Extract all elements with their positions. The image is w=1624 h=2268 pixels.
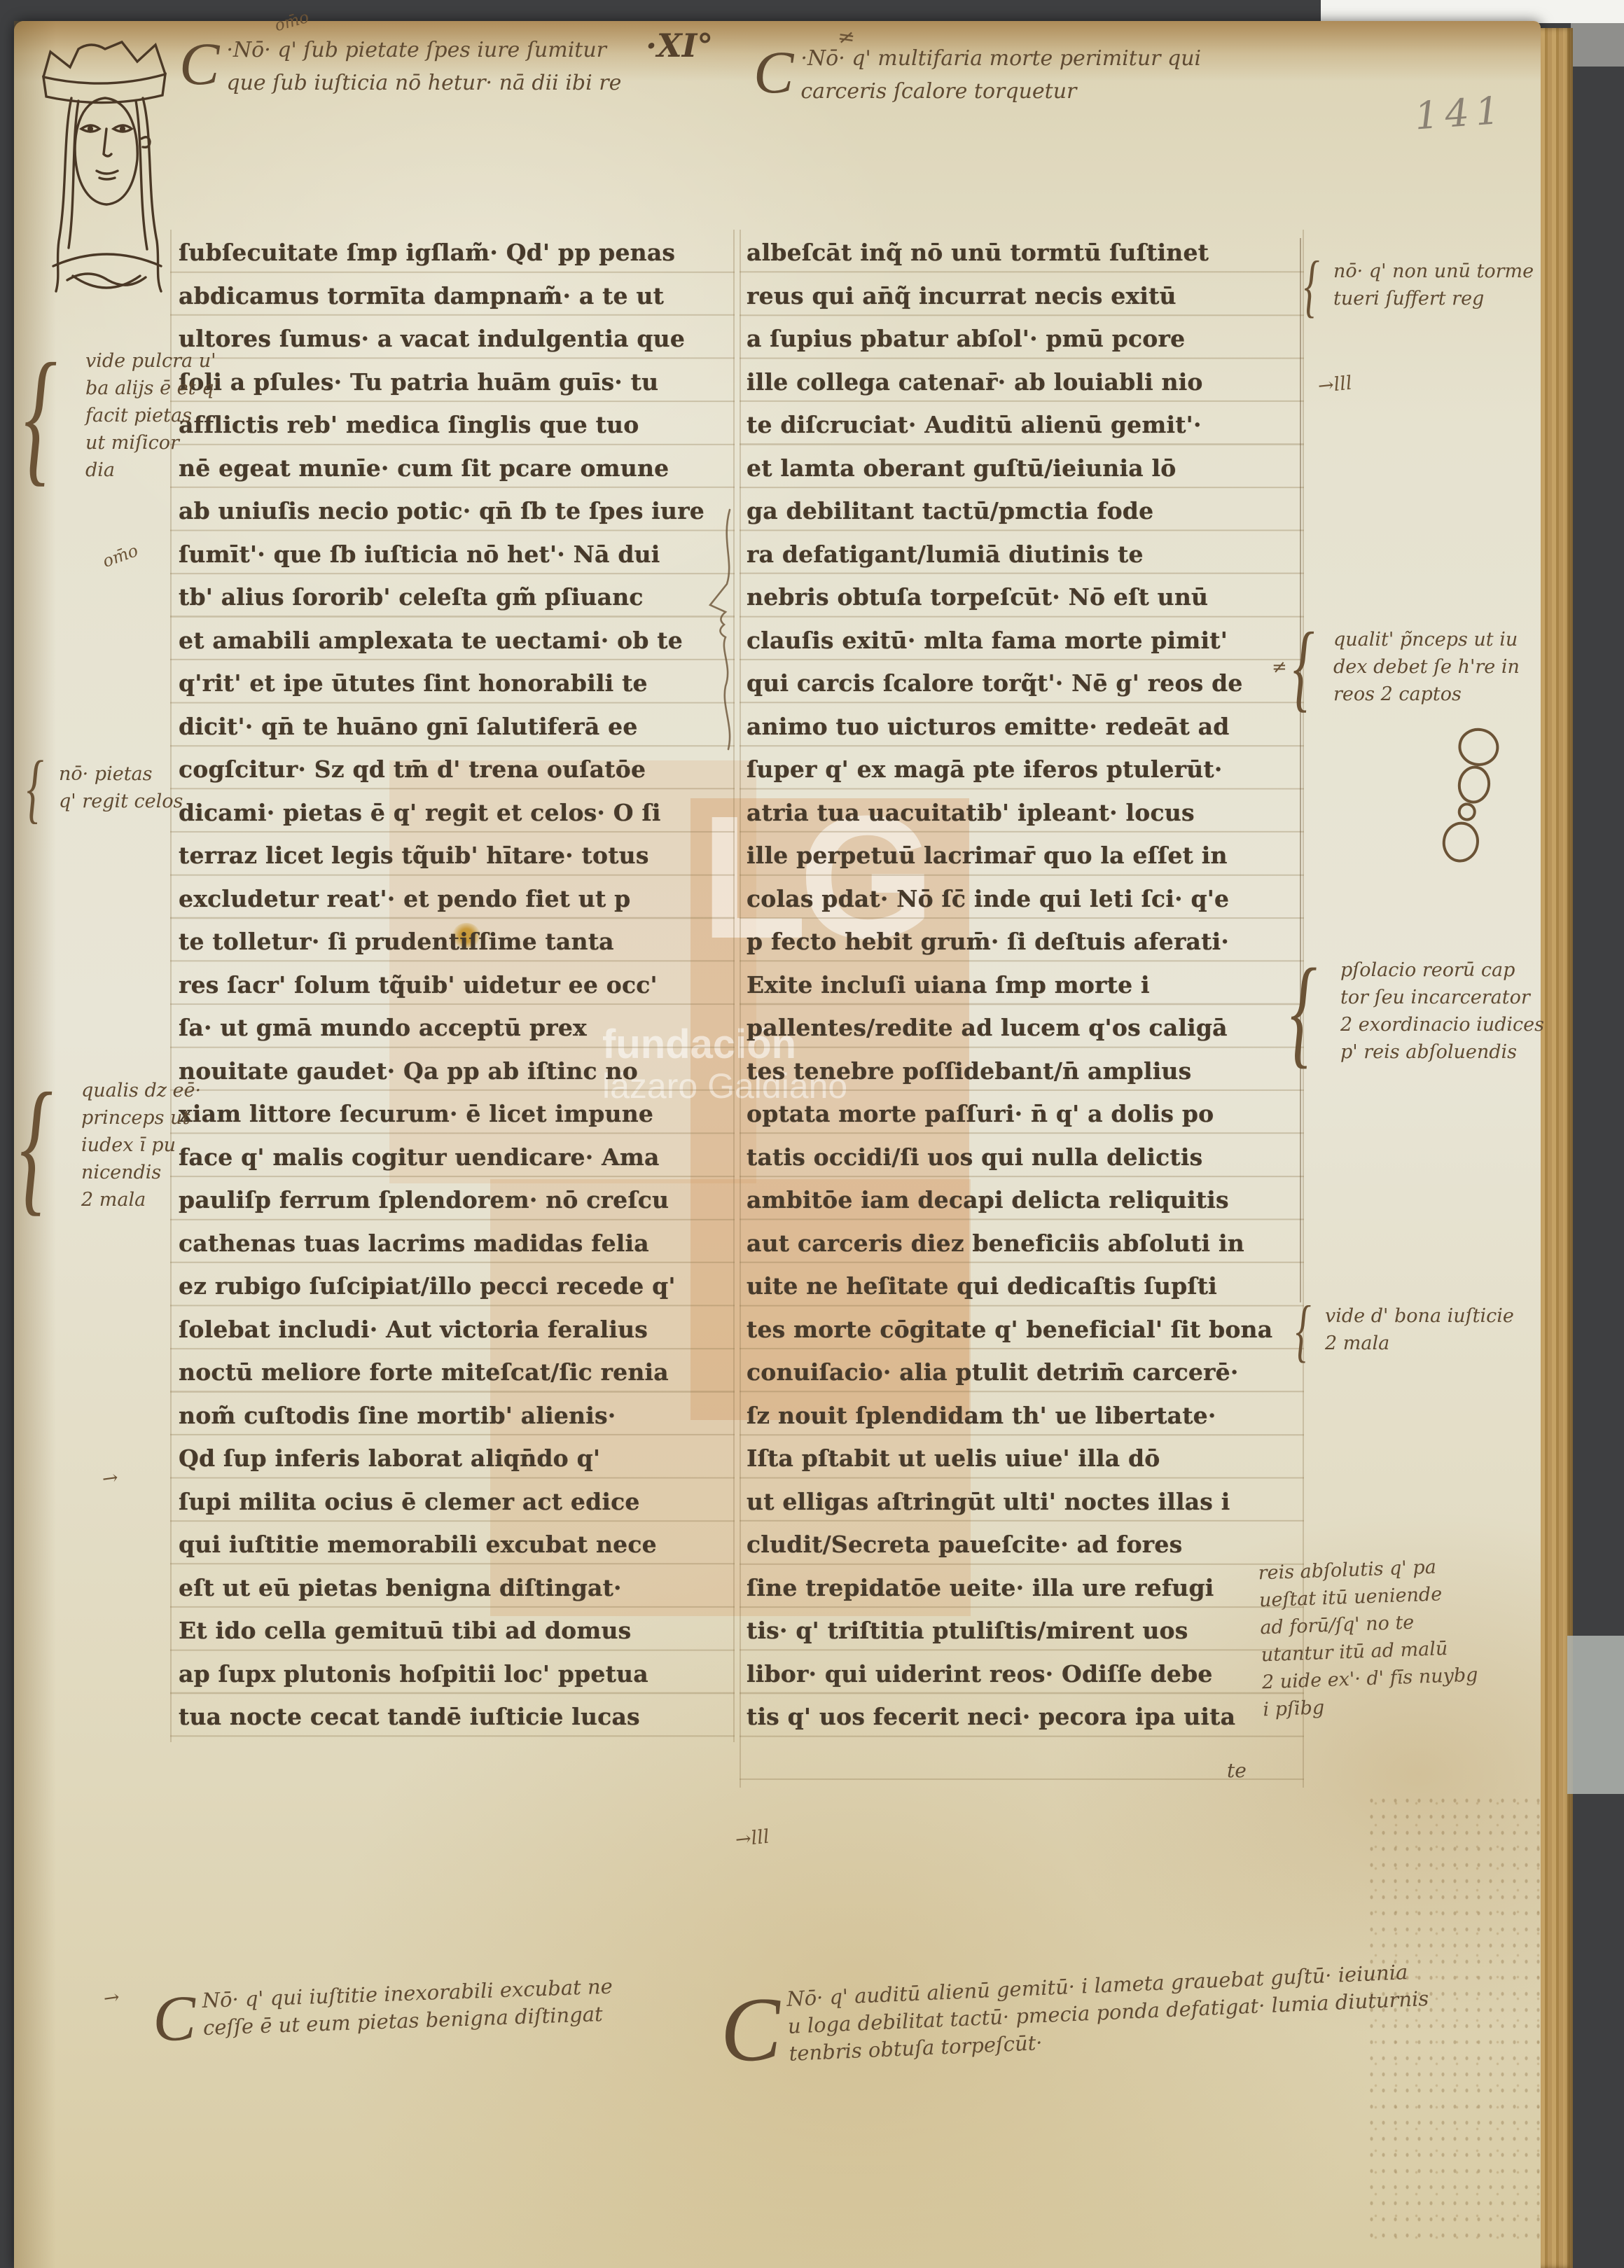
header-note-left-lines: ·Nō· q' ſub pietate ſpes iure ſumiturque… [226,34,621,99]
note-lines: qualit' p̃nceps ut iudex debet ſe h're i… [1333,626,1520,708]
margin-note-pietas-celos: { nō· pietasq' regit celos [27,760,183,815]
manuscript-scan: LG fundación lázaro Galdiano [0,0,1624,2268]
text-line: eſt ut eū pietas benigna diſtingat· [179,1566,732,1610]
margin-note-vide-pulcra: { vide pulcra u'ba alijs ē et q'facit pi… [24,347,219,484]
text-line: ultores ſumus· a vacat indulgentia que [179,317,732,361]
text-line: tueri ſuffert reg [1333,285,1534,312]
text-line: ſuper q' ex magā pte iferos ptulerūt· [747,748,1300,791]
text-line: ·Nō· q' multifaria morte perimitur qui [800,42,1201,75]
note-lines: vide d' bona iuſticie2 mala [1325,1302,1514,1357]
text-line: te tolletur· ſi prudentiſſime tanta [179,920,732,963]
tally-mark: →lll [1317,373,1354,398]
text-line: ſolebat includi· Aut victoria feralius [179,1308,732,1351]
text-line: tis q' uos fecerit neci· pecora ipa uita [747,1695,1300,1739]
text-line: reus qui an̄q̃ incurrat necis exitū [747,274,1300,318]
text-line: pallentes/redite ad lucem q'os caligā [747,1006,1300,1050]
text-line: nē egeat munīe· cum ſit pcare omune [179,447,732,490]
text-line: vide pulcra u' [85,347,219,375]
text-line: tua nocte cecat tandē iuſticie lucas [179,1695,732,1739]
bookmark-edge-object [1567,1636,1624,1794]
text-line: pauliſp ferrum ſplendorem· nō creſcu [179,1178,732,1222]
text-line: nebris obtuſa torpeſcūt· Nō eſt unū [747,576,1300,619]
numeral-ii-mark: ≠ [1272,657,1287,678]
text-line: q' regit celos [59,788,183,815]
main-text-left-column: ſubſecuitate ſmp igſlam̃· Qd' pp penasab… [179,231,732,1739]
text-line: nom̃ cuſtodis ſine mortib' alienis· [179,1394,732,1438]
note-lines: pſolacio reorū captor ſeu incarcerator2 … [1340,956,1544,1066]
text-line: face q' malis cogitur uendicare· Ama [179,1136,732,1179]
text-line: 2 mala [1325,1330,1514,1357]
scan-white-corner [1321,0,1624,23]
text-line: pſolacio reorū cap [1340,956,1544,984]
text-line: terraz licet legis tq̃uib' hītare· totus [179,834,732,877]
text-line: conuiſacio· alia ptulit detrim̄ carcerē· [747,1351,1300,1394]
text-line: ſupi milita ocius ē clemer act edice [179,1480,732,1524]
margin-arrow-mark: → [101,1467,120,1491]
text-line: p' reis abſoluendis [1340,1038,1544,1066]
note-lines: nō· q' non unū tormetueri ſuffert reg [1333,258,1534,312]
text-line: Exite incluſi uiana ſmp morte i [747,963,1300,1007]
text-line: qui iuſtitie memorabili excubat nece [179,1523,732,1566]
text-line: Et ido cella gemituū tibi ad domus [179,1609,732,1653]
text-line: afflictis reb' medica ſinglis que tuo [179,403,732,447]
text-line: ille perpetuū lacrimar̄ quo la eſſet in [747,834,1300,877]
note-lines: nō· pietasq' regit celos [59,760,183,815]
text-line: ſoli a pſules· Tu patria huām guīs· tu [179,361,732,404]
text-line: clauſis exitū· mlta fama morte pimit' [747,619,1300,662]
margin-note-consolatio-reorum: { pſolacio reorū captor ſeu incarcerator… [1290,956,1544,1066]
brace-icon: { [1290,956,1317,1066]
tally-mark: →lll [735,1826,771,1851]
brace-icon: { [1293,626,1314,708]
text-line: tes morte cōgitate q' beneficial' ſit bo… [747,1308,1300,1351]
paragraph-mark: C [179,34,219,99]
paragraph-mark: C [754,42,793,108]
text-line: nō· q' non unū torme [1333,258,1534,285]
text-line: tis· q' triſtitia ptuliſtis/mirent uos [747,1609,1300,1653]
text-line: 2 exordinacio iudices [1340,1011,1544,1038]
text-line: nouitate gaudet· Qa pp ab iſtinc no [179,1050,732,1093]
paragraph-mark: C [152,1985,197,2051]
text-line: te diſcruciat· Auditū alienū gemit'· [747,403,1300,447]
margin-arrow-mark: → [102,1987,121,2010]
text-line: 2 mala [81,1186,201,1213]
text-line: dicit'· qn̄ te huāno gnī ſalutiferā ee [179,705,732,749]
crowned-queen-icon [32,31,182,305]
text-line: aut carceris diez beneficiis abſoluti in [747,1222,1300,1265]
text-line: ez rubigo ſuſcipiat/illo pecci recede q' [179,1265,732,1308]
text-line: excludetur reat'· et pendo fiet ut p [179,877,732,921]
numeral-ii-mark: ≠ [836,24,857,50]
text-line: ap ſupx plutonis hoſpitii loc' ppetua [179,1653,732,1696]
text-line: que ſub iuſticia nō hetur· nā dii ibi re [226,67,621,99]
text-line: cludit/Secreta paueſcite· ad fores [747,1523,1300,1566]
text-line: albeſcāt inq̃ nō unū tormtū ſuſtinet [747,231,1300,274]
text-line: cogſcitur· Sz qd tm̄ d' trena ouſatōe [179,748,732,791]
header-note-right-lines: ·Nō· q' multifaria morte perimitur quica… [800,42,1201,108]
text-line: libor· qui uiderint reos· Odiſſe debe [747,1653,1300,1696]
margin-note-non-uno-tormento: { nō· q' non unū tormetueri ſuffert reg [1304,258,1534,312]
text-line: ·Nō· q' ſub pietate ſpes iure ſumitur [226,34,621,67]
text-line: cathenas tuas lacrims madidas felia [179,1222,732,1265]
text-line: ut elligas aſtringūt ulti' noctes illas … [747,1480,1300,1524]
main-text-right-column: albeſcāt inq̃ nō unū tormtū ſuſtinetreus… [747,231,1300,1739]
crowned-queen-drawing [32,31,182,305]
text-line: atria tua uacuitatib' ipleant· locus [747,791,1300,835]
text-line: carceris ſcalore torquetur [800,75,1201,108]
text-line: dia [85,457,219,484]
brace-icon: { [1296,1302,1311,1357]
text-line: ra defatigant/lumiā diutinis te [747,533,1300,576]
margin-note-reis-absolutis: reis abſolutis q' paueſtat itū ueniendea… [1258,1552,1479,1724]
book-fore-edge [1541,28,1573,2268]
right-margin-rule [1300,238,1301,1302]
text-line: noctū meliore forte miteſcat/ſic renia [179,1351,732,1394]
text-line: tb' alius ſororib' celeſta gm̃ pſiuanc [179,576,732,619]
header-note-left: C ·Nō· q' ſub pietate ſpes iure ſumiturq… [179,34,621,99]
text-line: ſine trepidatōe ueite· illa ure refugi [747,1566,1300,1610]
text-line: tes tenebre poſſidebant/n̄ amplius [747,1050,1300,1093]
text-line: princeps ut [81,1104,201,1132]
text-line: ſubſecuitate ſmp igſlam̃· Qd' pp penas [179,231,732,274]
text-line: vide d' bona iuſticie [1325,1302,1514,1330]
folio-number: 141 [1413,88,1507,139]
margin-note-qualis-princeps: { qualis dz eē·princeps utiudex ī punice… [20,1077,201,1213]
margin-note-qualiter-princeps: { qualit' p̃nceps ut iudex debet ſe h're… [1293,626,1520,708]
text-line: ab uniuſis necio potic· qn̄ ſb te ſpes i… [179,489,732,533]
text-line: ut miſicor [85,429,219,457]
text-line: qualis dz eē· [81,1077,201,1104]
text-line: tatis occidi/ſi uos qui nulla delictis [747,1136,1300,1179]
text-line: dex debet ſe h're in [1333,653,1520,681]
text-line: qui carcis ſcalore torq̃t'· Nē g' reos d… [747,662,1300,705]
text-line: Qd ſup inferis laborat aliqn̄do q' [179,1437,732,1480]
text-line: iudex ī pu [81,1132,201,1159]
text-line: reos 2 captos [1333,681,1520,708]
text-line: ga debilitant tactū/pmctia fode [747,489,1300,533]
text-line: facit pietas [85,402,219,429]
text-line: ambitōe iam decapi delicta reliquitis [747,1178,1300,1222]
text-line: ſa· ut gmā mundo acceptū prex [179,1006,732,1050]
text-line: ſumīt'· que ſb iuſticia nō het'· Nā dui [179,533,732,576]
text-line: et amabili amplexata te uectami· ob te [179,619,732,662]
text-line: ba alijs ē et q' [85,375,219,402]
text-line: a ſupius pbatur abſol'· pmū pcore [747,317,1300,361]
header-note-right: C ·Nō· q' multifaria morte perimitur qui… [754,42,1201,108]
text-line: colas pdat· Nō ſc̄ inde qui leti ſci· q'… [747,877,1300,921]
text-line: uite ne heſitate qui dedicaſtis ſupſti [747,1265,1300,1308]
text-line: Iſta pſtabit ut uelis uiue' illa dō [747,1437,1300,1480]
text-line: p fecto hebit grum̄· ſi deſtuis aferati· [747,920,1300,963]
text-line: animo tuo uicturos emitte· redeāt ad [747,705,1300,749]
chapter-number: ·XI° [646,27,713,64]
paragraph-mark: C [719,1983,783,2077]
text-line: optata morte paſſuri· n̄ q' a dolis po [747,1092,1300,1136]
text-line: ille collega catenar̄· ab louiabli nio [747,361,1300,404]
text-line: res ſacr' ſolum tq̃uib' uidetur ee occ' [179,963,732,1007]
catchword: te [1227,1759,1247,1782]
note-lines: reis abſolutis q' paueſtat itū ueniendea… [1258,1552,1479,1724]
note-lines: vide pulcra u'ba alijs ē et q'facit piet… [85,347,219,484]
brace-icon: { [27,760,43,815]
text-line: et lamta oberant guſtū/ieiunia lō [747,447,1300,490]
text-line: abdicamus tormīta dampnam̃· a te ut [179,274,732,318]
margin-note-vide-bona-iustitia: { vide d' bona iuſticie2 mala [1296,1302,1514,1357]
text-line: ſz nouit ſplendidam th' ue libertate· [747,1394,1300,1438]
scan-grey-corner [1571,23,1624,67]
text-line: nicendis [81,1159,201,1186]
text-line: qualit' p̃nceps ut iu [1333,626,1520,653]
text-line: nō· pietas [59,760,183,788]
note-lines: qualis dz eē·princeps utiudex ī punicend… [81,1077,201,1213]
text-line: dicami· pietas ē q' regit et celos· O ſi [179,791,732,835]
text-line: xiam littore ſecurum· ē licet impune [179,1092,732,1136]
brace-icon: { [20,1077,53,1213]
brace-icon: { [1304,258,1319,312]
text-line: tor ſeu incarcerator [1340,984,1544,1011]
brace-icon: { [24,347,57,484]
text-line: q'rit' et ipe ūtutes ſint honorabili te [179,662,732,705]
